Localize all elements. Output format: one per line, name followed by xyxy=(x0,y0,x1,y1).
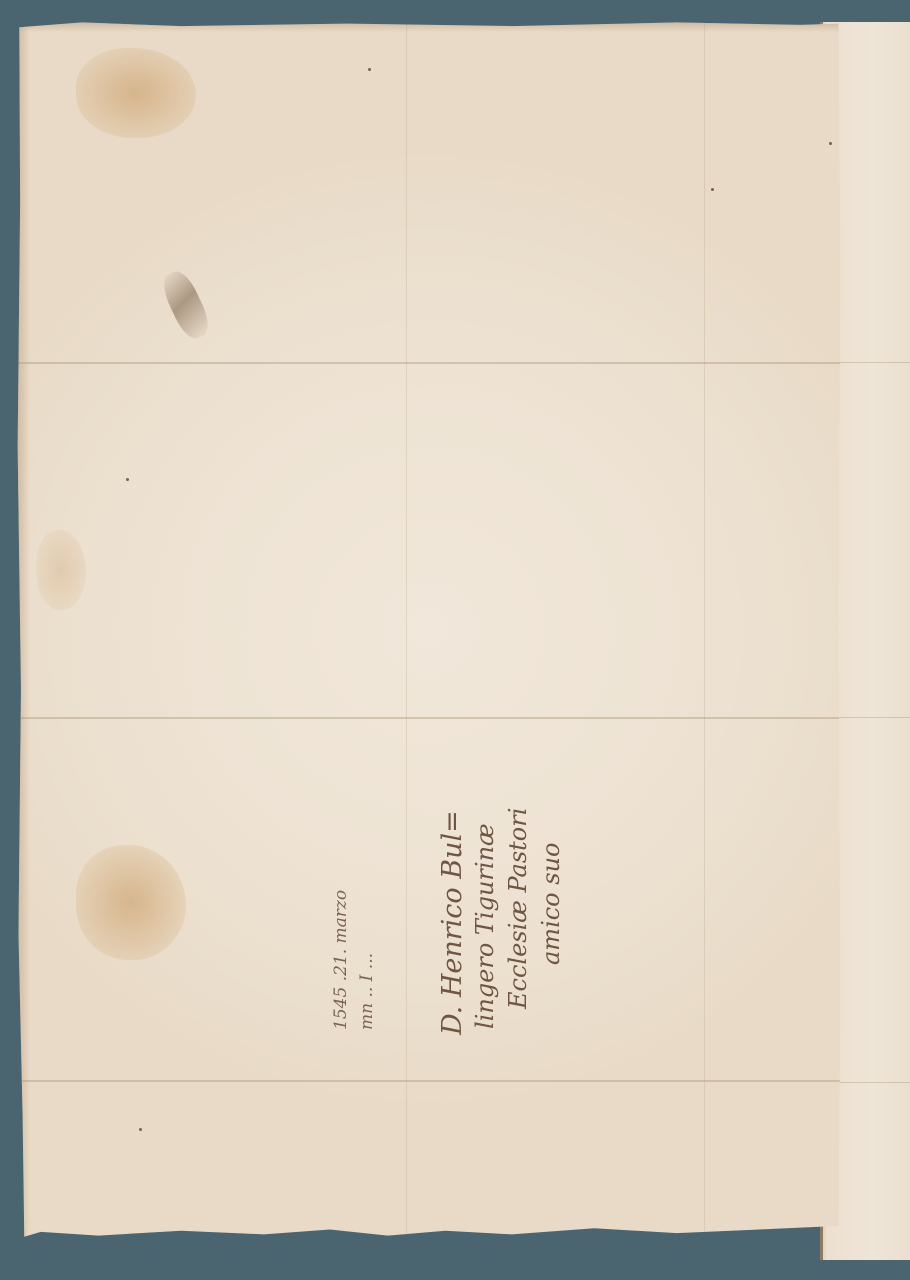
address-block: D. Henrico Bul= lingero Tigurinæ Ecclesi… xyxy=(436,808,568,1035)
horizontal-fold xyxy=(16,1080,842,1082)
vertical-fold xyxy=(704,20,705,1238)
archival-note: 1545 .21. marzo mn .. I ... xyxy=(328,890,380,1030)
water-stain xyxy=(76,48,196,138)
horizontal-fold xyxy=(16,362,842,364)
address-line: D. Henrico Bul= xyxy=(436,808,469,1035)
edge-shading xyxy=(16,20,842,32)
letter-sheet: 1545 .21. marzo mn .. I ... D. Henrico B… xyxy=(16,20,842,1238)
horizontal-fold xyxy=(16,717,842,719)
address-line: Ecclesiæ Pastori xyxy=(502,808,535,1035)
ink-speck xyxy=(711,188,714,191)
edge-shading xyxy=(16,20,30,1238)
ink-speck xyxy=(139,1128,142,1131)
note-line: mn .. I ... xyxy=(354,890,380,1030)
water-stain xyxy=(36,530,86,610)
address-line: amico suo xyxy=(535,808,568,1035)
note-line: 1545 .21. marzo xyxy=(328,890,354,1030)
ink-speck xyxy=(126,478,129,481)
ink-speck xyxy=(829,142,832,145)
ink-speck xyxy=(368,68,371,71)
ink-smudge xyxy=(158,267,215,343)
water-stain xyxy=(76,845,186,960)
vertical-fold xyxy=(406,20,407,1238)
address-line: lingero Tigurinæ xyxy=(469,808,502,1035)
